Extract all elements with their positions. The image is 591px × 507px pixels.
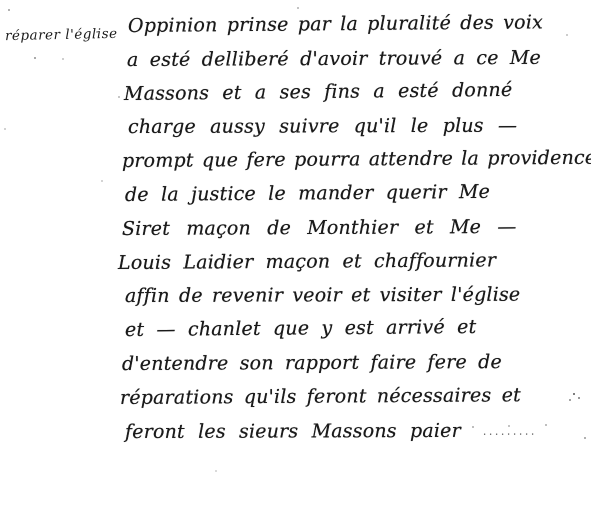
manuscript-line: Oppinion prinse par la pluralité des voi… <box>128 6 584 44</box>
scan-noise-specks <box>0 0 2 2</box>
manuscript-line: feront les sieurs Massons paier......... <box>125 414 584 449</box>
manuscript-line-text: feront les sieurs Massons paier <box>125 419 461 442</box>
manuscript-line: Louis Laidier maçon et chaffournier <box>118 243 584 280</box>
manuscript-line: et — chanlet que y est arrivé et <box>125 310 584 348</box>
manuscript-line: Siret maçon de Monthier et Me — <box>122 210 584 246</box>
manuscript-line: Massons et a ses fins a esté donné <box>124 73 584 112</box>
manuscript-page: réparer l'église Oppinion prinse par la … <box>0 0 591 507</box>
manuscript-line: a esté delliberé d'avoir trouvé a ce Me <box>127 41 584 77</box>
margin-note: réparer l'église <box>5 26 118 44</box>
manuscript-line: charge aussy suivre qu'il le plus — <box>128 110 584 145</box>
manuscript-text-block: Oppinion prinse par la pluralité des voi… <box>122 10 584 449</box>
trailing-dots: ......... <box>483 414 537 448</box>
manuscript-line: réparations qu'ils feront nécessaires et <box>120 379 584 416</box>
manuscript-line: d'entendre son rapport faire fere de <box>122 346 584 382</box>
manuscript-line: prompt que fere pourra attendre la provi… <box>122 142 584 179</box>
manuscript-line: de la justice le mander querir Me <box>125 175 584 213</box>
manuscript-line: affin de revenir veoir et visiter l'égli… <box>125 279 584 314</box>
